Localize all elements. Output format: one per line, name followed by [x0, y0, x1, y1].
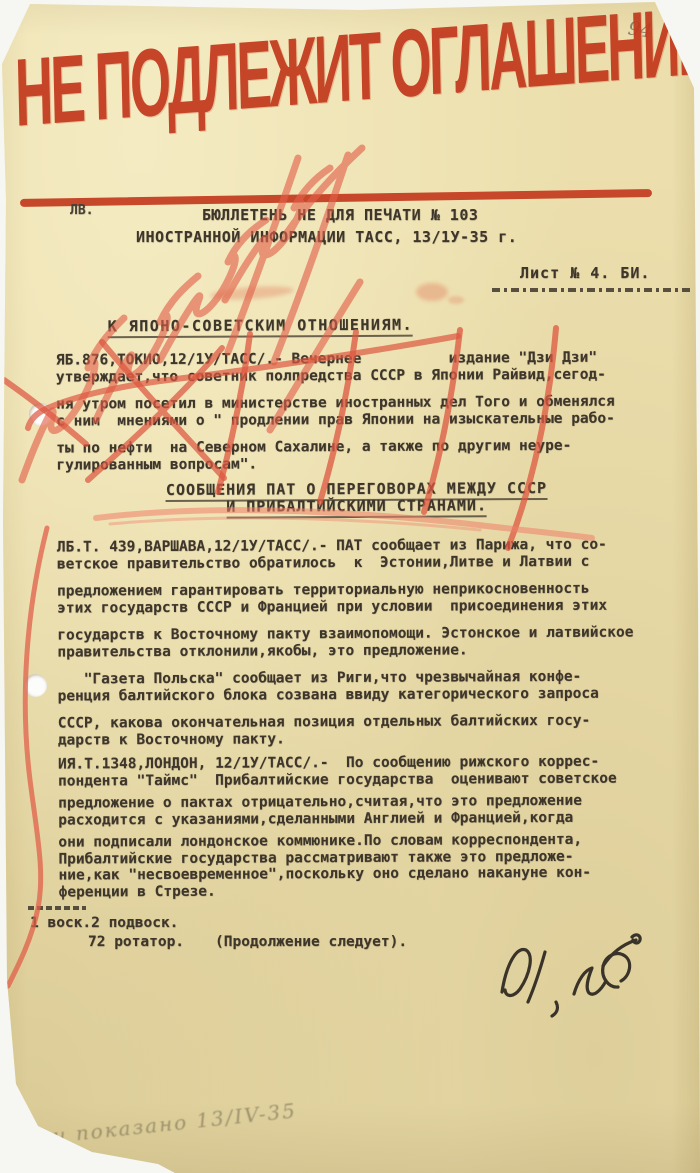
document-text-line: с ним мнениями о " продлении прав Японии…: [56, 410, 656, 430]
article-heading: СООБЩЕНИЯ ПАТ О ПЕРЕГОВОРАХ МЕЖДУ СССРИ …: [56, 479, 656, 516]
document-text-line: ветское правительство обратилось к Эстон…: [57, 553, 657, 573]
footer-dashes: [28, 906, 86, 910]
document-text-line: утверждает,что советник полпредства СССР…: [56, 366, 656, 386]
copies-count-line2: 72 ротатор.: [88, 934, 184, 951]
document-page: 94 НЕ ПОДЛЕЖИТ ОГЛАШЕНИЮ ЛВ. БЮЛЛЕТЕНЬ Н…: [0, 0, 700, 1173]
continuation-note: (Продолжение следует).: [215, 934, 407, 951]
document-text-line: расходится с указаниями,сделанными Англи…: [58, 809, 658, 829]
punch-hole: [29, 403, 52, 426]
document-text-line: пондента "Таймс" Прибалтийские государст…: [58, 770, 658, 790]
document-text-line: СССР, какова окончательная позиция отдел…: [58, 712, 658, 732]
punch-hole: [24, 674, 47, 697]
article-heading: К ЯПОНО-СОВЕТСКИМ ОТНОШЕНИЯМ.: [108, 315, 656, 335]
article-heading-line: И ПРИБАЛТИЙСКИМИ СТРАНАМИ.: [226, 496, 487, 518]
document-text-line: ренция балтийского блока созвана ввиду к…: [58, 685, 658, 705]
document-text-line: государств к Восточному пакту взаимопомо…: [57, 624, 657, 644]
copies-count-line1: 1 воск.2 подвоск.: [30, 915, 178, 932]
article-heading-line: К ЯПОНО-СОВЕТСКИМ ОТНОШЕНИЯМ.: [108, 316, 414, 339]
articles: К ЯПОНО-СОВЕТСКИМ ОТНОШЕНИЯМ.ЯБ.876,ТОКИ…: [0, 0, 700, 1173]
document-text-line: ты по нефти на Северном Сахалине, а такж…: [56, 437, 656, 457]
document-text-line: гулированным вопросам".: [56, 454, 656, 474]
document-text-line: дарств к Восточному пакту.: [58, 729, 658, 749]
article: К ЯПОНО-СОВЕТСКИМ ОТНОШЕНИЯМ.ЯБ.876,ТОКИ…: [56, 315, 657, 474]
article: СООБЩЕНИЯ ПАТ О ПЕРЕГОВОРАХ МЕЖДУ СССРИ …: [56, 479, 657, 749]
document-text-line: ние,как "несвоевременное",поскольку оно …: [58, 864, 658, 884]
document-text-line: ференции в Стрезе.: [59, 881, 659, 901]
document-text-line: этих государств СССР и Францией при усло…: [57, 597, 657, 617]
article: ИЯ.Т.1348,ЛОНДОН, 12/1У/ТАСС/.- По сообщ…: [58, 753, 659, 900]
